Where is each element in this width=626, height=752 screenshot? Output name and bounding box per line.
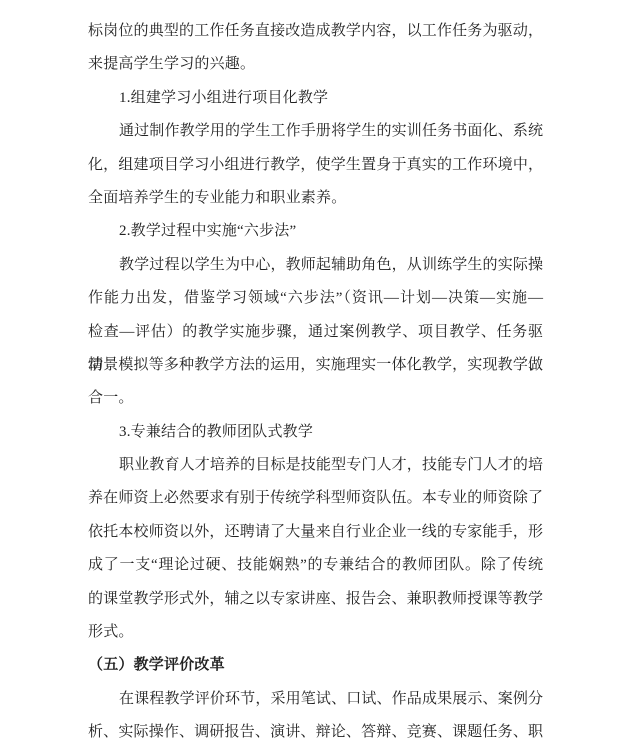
body-text-line: 教学过程以学生为中心，教师起辅助角色，从训练学生的实际操 — [88, 249, 543, 282]
document-page: 标岗位的典型的工作任务直接改造成教学内容，以工作任务为驱动，来提高学生学习的兴趣… — [0, 0, 626, 752]
body-text-line: 的课堂教学形式外，辅之以专家讲座、报告会、兼职教师授课等教学 — [88, 583, 543, 616]
body-text-line: 标岗位的典型的工作任务直接改造成教学内容，以工作任务为驱动， — [88, 15, 543, 48]
body-text-line: 作能力出发，借鉴学习领域“六步法”（资讯—计划—决策—实施— — [88, 282, 543, 315]
text-block: 标岗位的典型的工作任务直接改造成教学内容，以工作任务为驱动，来提高学生学习的兴趣… — [88, 15, 543, 750]
body-text-line: 化，组建项目学习小组进行教学，使学生置身于真实的工作环境中， — [88, 149, 543, 182]
body-text-line: 形式。 — [88, 616, 543, 649]
body-text-line: 依托本校师资以外，还聘请了大量来自行业企业一线的专家能手，形 — [88, 516, 543, 549]
body-text-line: 合一。 — [88, 382, 543, 415]
body-text-line: 成了一支“理论过硬、技能娴熟”的专兼结合的教师团队。除了传统 — [88, 549, 543, 582]
body-text-line: 通过制作教学用的学生工作手册将学生的实训任务书面化、系统 — [88, 115, 543, 148]
body-text-line: 检查—评估）的教学实施步骤，通过案例教学、项目教学、任务驱动、 — [88, 316, 543, 349]
body-text-line: 析、实际操作、调研报告、演讲、辩论、答辩、竞赛、课题任务、职 — [88, 716, 543, 749]
body-text-line: 来提高学生学习的兴趣。 — [88, 48, 543, 81]
body-text-line: 情景模拟等多种教学方法的运用，实施理实一体化教学，实现教学做 — [88, 349, 543, 382]
subheading-line: 1.组建学习小组进行项目化教学 — [88, 82, 543, 115]
body-text-line: 在课程教学评价环节，采用笔试、口试、作品成果展示、案例分 — [88, 683, 543, 716]
subheading-line: 3.专兼结合的教师团队式教学 — [88, 416, 543, 449]
body-text-line: 养在师资上必然要求有别于传统学科型师资队伍。本专业的师资除了 — [88, 482, 543, 515]
subheading-line: 2.教学过程中实施“六步法” — [88, 215, 543, 248]
body-text-line: 全面培养学生的专业能力和职业素养。 — [88, 182, 543, 215]
section-heading-line: （五）教学评价改革 — [88, 649, 543, 682]
body-text-line: 职业教育人才培养的目标是技能型专门人才，技能专门人才的培 — [88, 449, 543, 482]
